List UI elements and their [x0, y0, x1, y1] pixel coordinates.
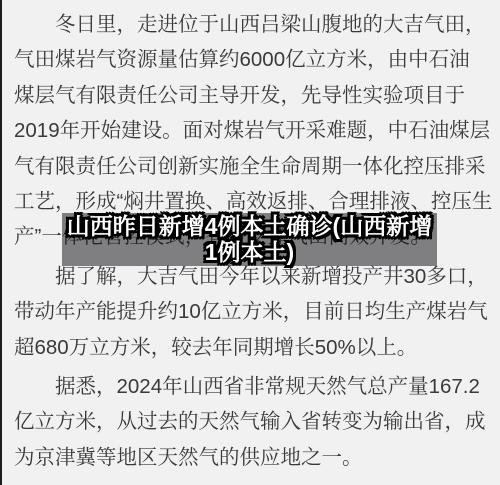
caption-title-line-2: 1例本土) [205, 240, 294, 266]
caption-overlay: 山西昨日新增4例本土确诊(山西新增 1例本土) [62, 213, 437, 266]
text-line: 气田煤岩气资源量估算约6000亿立方米，由中石油 [14, 42, 487, 77]
article-page: 冬日里，走进位于山西吕梁山腹地的大吉气田， 气田煤岩气资源量估算约6000亿立方… [0, 0, 500, 485]
text-line: 据悉，2024年山西省非常规天然气总产量167.2 [14, 369, 487, 404]
text-line: 冬日里，走进位于山西吕梁山腹地的大吉气田， [14, 7, 487, 42]
text-line: 煤层气有限责任公司主导开发，先导性实验项目于 [14, 78, 487, 113]
text-line: 为京津冀等地区天然气的供应地之一。 [14, 440, 487, 475]
text-line: 气有限责任公司创新实施全生命周期一体化控压排采 [14, 149, 487, 184]
text-line: 带动年产能提升约10亿立方米，目前日均生产煤岩气 [14, 294, 487, 329]
caption-title-line-1: 山西昨日新增4例本土确诊(山西新增 [67, 214, 432, 240]
text-line: 2019年开始建设。面对煤岩气开采难题，中石油煤层 [14, 113, 487, 148]
text-line: 亿立方米，从过去的天然气输入省转变为输出省，成 [14, 404, 487, 439]
left-edge-bar [0, 0, 2, 485]
text-line: 超680万立方米，较去年同期增长50%以上。 [14, 330, 487, 365]
